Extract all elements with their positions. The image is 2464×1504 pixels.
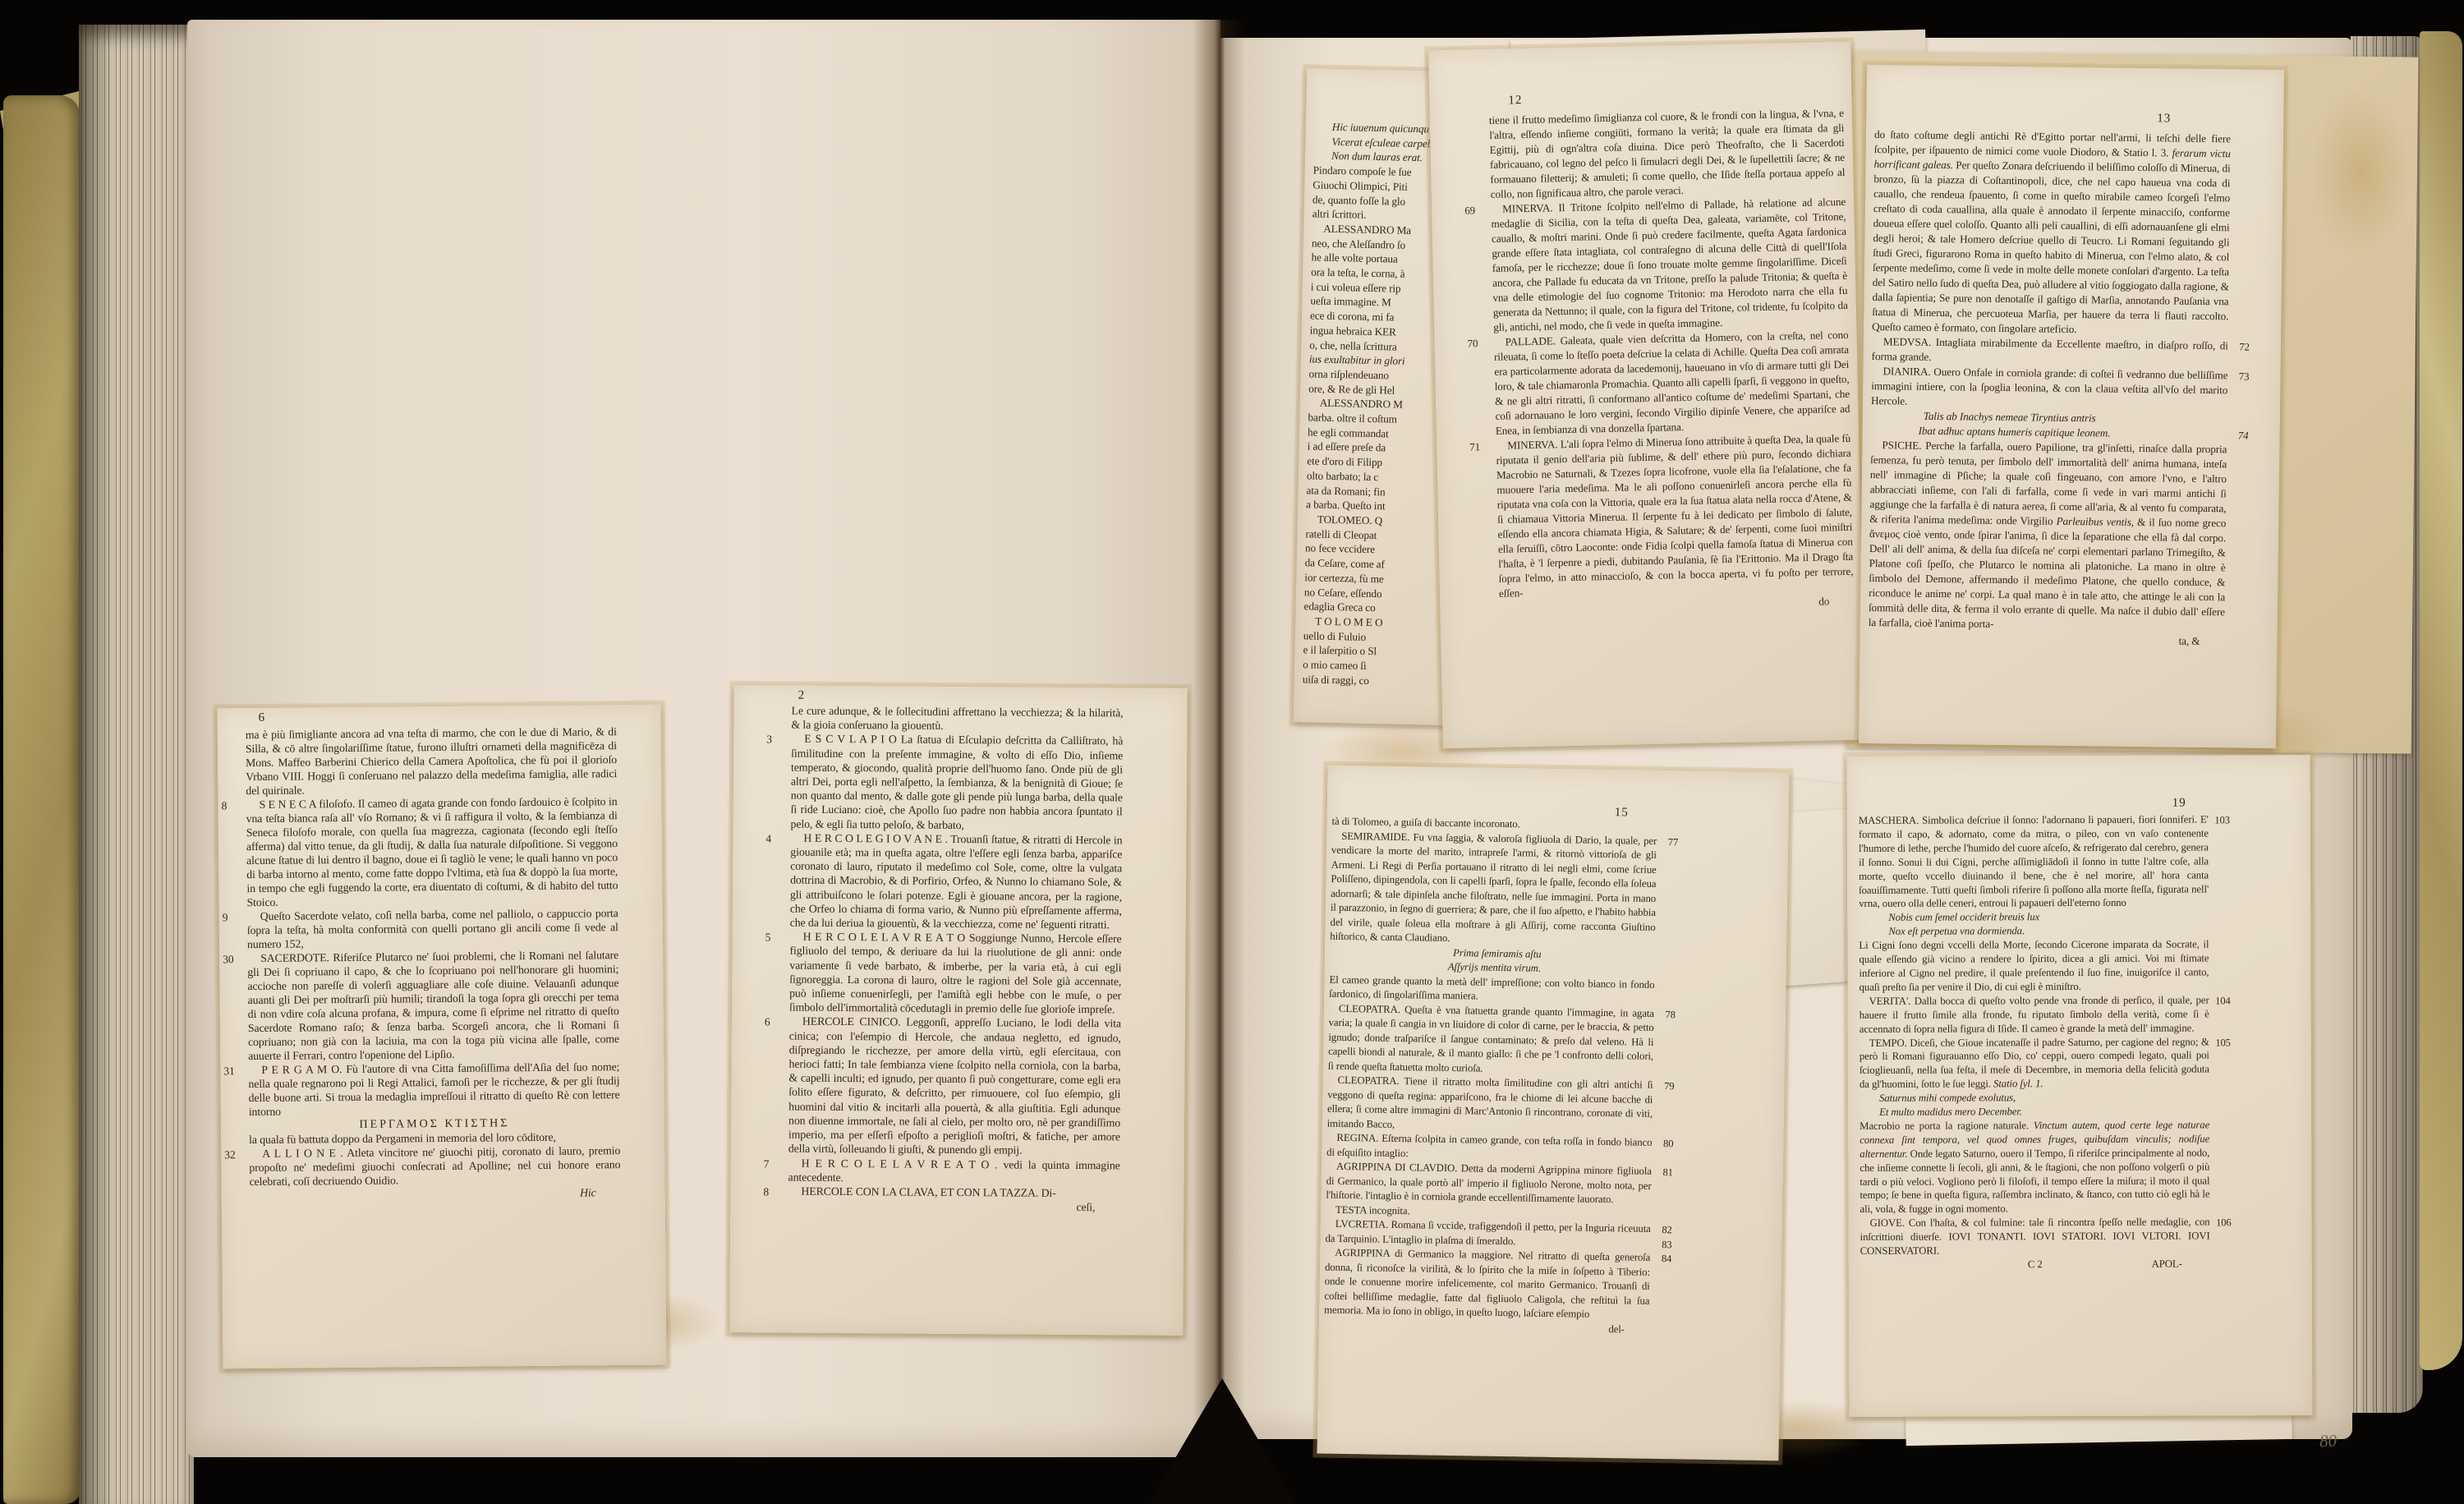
signature-line: C 2APOL-: [1860, 1257, 2210, 1272]
photograph-of-open-book: { "folio_number": "80", "fragments": [ {…: [0, 0, 2464, 1504]
margin-number: 78: [1655, 1007, 1676, 1022]
page-stack-left-edge: [79, 25, 194, 1504]
gutter-shadow: [1193, 20, 1245, 1469]
margin-number: 82: [1652, 1223, 1672, 1238]
margin-number: 30: [218, 952, 234, 966]
printed-text-block: Le cure adunque, & le ſollecitudini affr…: [788, 686, 1123, 1215]
margin-number: 31: [218, 1064, 235, 1078]
entry-paragraph: MASCHERA. Simbolica deſcriue il ſonno: l…: [1859, 812, 2209, 911]
entry-paragraph: H E R C O L E L A V R E A T O . vedi la …: [788, 1156, 1120, 1186]
entry-paragraph: S E N E C A filoſofo. Il cameo di agata …: [246, 794, 618, 909]
pasted-leaf-page-12: 12tiene il frutto medeſimo ſimiglianza c…: [1428, 42, 1865, 749]
stain: [2292, 57, 2431, 287]
pasted-leaf-page-19: 19MASCHERA. Simbolica deſcriue il ſonno:…: [1847, 755, 2313, 1417]
margin-number: 8: [218, 798, 228, 812]
entry-paragraph: AGRIPPINA di Germanico la maggiore. Nel …: [1324, 1246, 1650, 1323]
entry-paragraph: TEMPO. Diceſi, che Gioue incatenaſſe il …: [1859, 1035, 2209, 1092]
margin-number: 7: [751, 1157, 770, 1171]
entry-paragraph: MINERVA. Il Tritone ſcolpito nell'elmo d…: [1491, 195, 1848, 335]
margin-number: 71: [1458, 439, 1480, 455]
margin-number: 106: [2206, 1217, 2232, 1230]
printed-text-block: ma è più ſimigliante ancora ad vna teſta…: [246, 705, 621, 1203]
printed-text-block: do ſtato coſtume degli antichi Rè d'Egit…: [1868, 65, 2232, 649]
entry-paragraph: CLEOPATRA. Tiene il ritratto molta ſimil…: [1327, 1074, 1653, 1136]
margin-number: 103: [2214, 813, 2230, 827]
margin-number: 105: [2205, 1036, 2231, 1050]
entry-paragraph: PSICHE. Perche la farfalla, ouero Papili…: [1869, 438, 2227, 634]
entry-paragraph: MINERVA. L'ali ſopra l'elmo di Minerua ſ…: [1496, 431, 1854, 601]
margin-number: 70: [1455, 336, 1478, 352]
pasted-leaf-page-13: 13do ſtato coſtume degli antichi Rè d'Eg…: [1859, 65, 2284, 748]
catchword: APOL-: [2152, 1258, 2182, 1272]
latin-verse: Saturnus mihi compede exolutus,: [1859, 1091, 2209, 1106]
pasted-leaf-page-6: 6ma è più ſimigliante ancora ad vna teſt…: [218, 705, 667, 1369]
entry-paragraph: AGRIPPINA DI CLAVDIO. Detta da moderni A…: [1326, 1160, 1652, 1208]
entry-paragraph: HERCOLE CON LA CLAVA, ET CON LA TAZZA. D…: [788, 1184, 1119, 1200]
gathering-signature: C 2: [2028, 1258, 2043, 1270]
margin-number: 5: [752, 930, 771, 944]
printed-text-block: MASCHERA. Simbolica deſcriue il ſonno: l…: [1859, 755, 2210, 1272]
pasted-leaf-page-2: 2Le cure adunque, & le ſollecitudini aff…: [729, 685, 1187, 1336]
entry-paragraph: tiene il frutto medeſimo ſimiglianza col…: [1489, 106, 1846, 202]
entry-paragraph: P E R G A M O. Fù l'autore di vna Citta …: [248, 1060, 620, 1119]
pasted-leaf-page-15: 15tà di Tolomeo, a guiſa di baccante inc…: [1317, 766, 1789, 1461]
entry-paragraph: VERITA'. Dalla bocca di queſto volto pen…: [1859, 993, 2209, 1036]
printed-text-block: tà di Tolomeo, a guiſa di baccante incor…: [1324, 766, 1658, 1337]
entry-paragraph: CLEOPATRA. Queſta è vna ſtatuetta grande…: [1328, 1001, 1654, 1079]
catchword: ceſi,: [788, 1198, 1119, 1215]
latin-verse: Et multo madidus mero December.: [1859, 1104, 2209, 1119]
printed-text-block: tiene il frutto medeſimo ſimiglianza col…: [1487, 42, 1854, 616]
entry-paragraph: Le cure adunque, & le ſollecitudini affr…: [791, 704, 1123, 734]
margin-number: 79: [1654, 1079, 1675, 1094]
entry-paragraph: Li Cigni ſono degni vccelli della Morte,…: [1859, 938, 2209, 995]
entry-paragraph: H E R C O L E L A V R E A T O Soggiunge …: [789, 930, 1122, 1017]
margin-number: 69: [1453, 203, 1475, 218]
entry-paragraph: H E R C O L E G I O V A N E . Trouanſi ſ…: [790, 830, 1123, 931]
margin-number: 9: [218, 910, 228, 924]
entry-paragraph: do ſtato coſtume degli antichi Rè d'Egit…: [1872, 127, 2231, 338]
folio-number: 80: [2319, 1430, 2337, 1451]
margin-number: 73: [2227, 369, 2250, 384]
entry-paragraph: SACERDOTE. Riferiſce Plutarco ne' ſuoi p…: [247, 948, 619, 1063]
entry-paragraph: Queſto Sacerdote velato, coſì nella barb…: [247, 906, 618, 951]
margin-number: 3: [753, 733, 772, 747]
entry-paragraph: DIANIRA. Ouero Onfale in corniola grande…: [1871, 364, 2228, 412]
margin-number: 84: [1652, 1252, 1672, 1267]
margin-number: 83: [1652, 1237, 1672, 1252]
entry-paragraph: Macrobio ne porta la ragione naturale. V…: [1859, 1118, 2209, 1217]
margin-number: 72: [2227, 339, 2250, 354]
vellum-cover-left: [3, 95, 80, 1504]
entry-paragraph: ma è più ſimigliante ancora ad vna teſta…: [246, 724, 618, 798]
margin-number: 77: [1658, 835, 1679, 849]
entry-paragraph: A L L I O N E . Atleta vincitore ne' giu…: [249, 1143, 620, 1189]
margin-number: 74: [2238, 428, 2249, 443]
margin-number: 104: [2205, 994, 2231, 1008]
margin-number: 6: [752, 1015, 770, 1029]
margin-number: 8: [750, 1184, 769, 1198]
latin-verse: Nox eſt perpetua vna dormienda.: [1859, 924, 2209, 939]
entry-paragraph: MEDVSA. Intagliata mirabilmente da Eccel…: [1872, 334, 2228, 368]
latin-verse: Nobis cum ſemel occiderit breuis lux: [1859, 910, 2209, 925]
margin-number: 81: [1653, 1166, 1673, 1180]
entry-paragraph: PALLADE. Galeata, quale vien deſcritta d…: [1493, 328, 1850, 439]
margin-number: 80: [1653, 1137, 1674, 1152]
entry-paragraph: SEMIRAMIDE. Fu vna ſaggia, & valoroſa fi…: [1330, 829, 1657, 949]
margin-number: 4: [752, 831, 771, 845]
entry-paragraph: HERCOLE CINICO. Leggonſi, appreſſo Lucia…: [788, 1014, 1121, 1158]
entry-paragraph: E S C V L A P I O La ſtatua di Eſculapio…: [791, 732, 1124, 833]
entry-paragraph: GIOVE. Con l'haſta, & col fulmine: tale …: [1860, 1216, 2210, 1258]
